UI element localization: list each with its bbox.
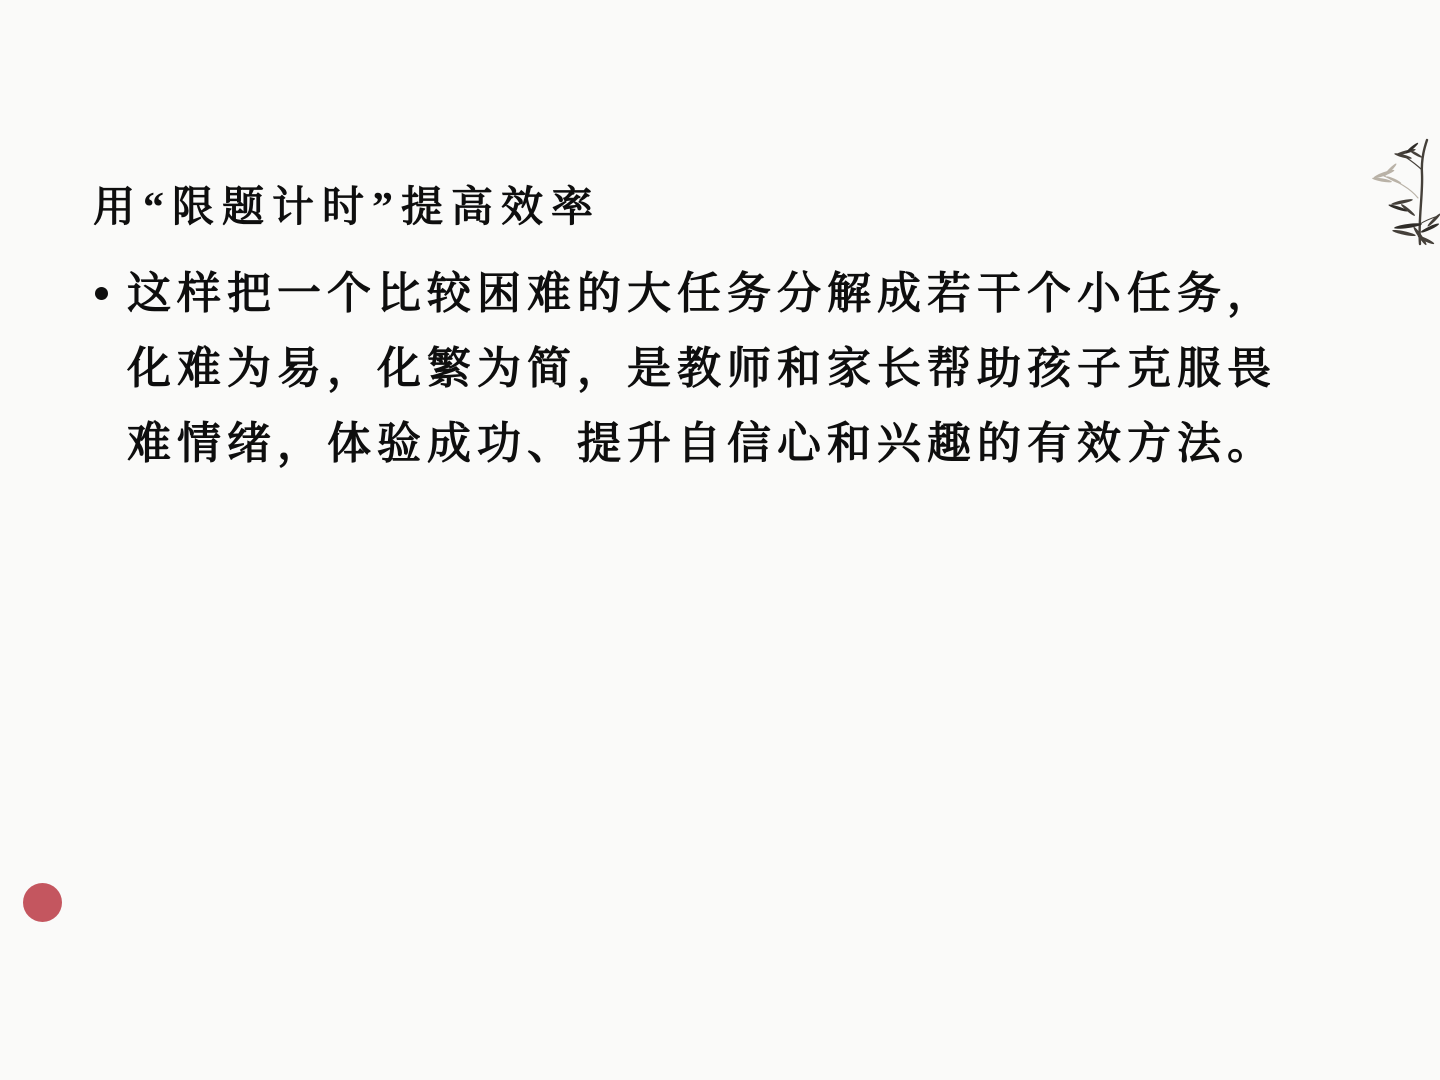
bullet-item: 这样把一个比较困难的大任务分解成若干个小任务，化难为易，化繁为简，是教师和家长帮… [95,256,1292,481]
presentation-slide: 用“限题计时”提高效率 这样把一个比较困难的大任务分解成若干个小任务，化难为易，… [0,0,1440,1080]
red-dot-decoration [23,883,62,922]
bullet-icon [95,287,108,300]
slide-title: 用“限题计时”提高效率 [93,184,601,232]
bullet-text: 这样把一个比较困难的大任务分解成若干个小任务，化难为易，化繁为简，是教师和家长帮… [127,256,1292,481]
bamboo-ink-icon [1368,136,1440,248]
